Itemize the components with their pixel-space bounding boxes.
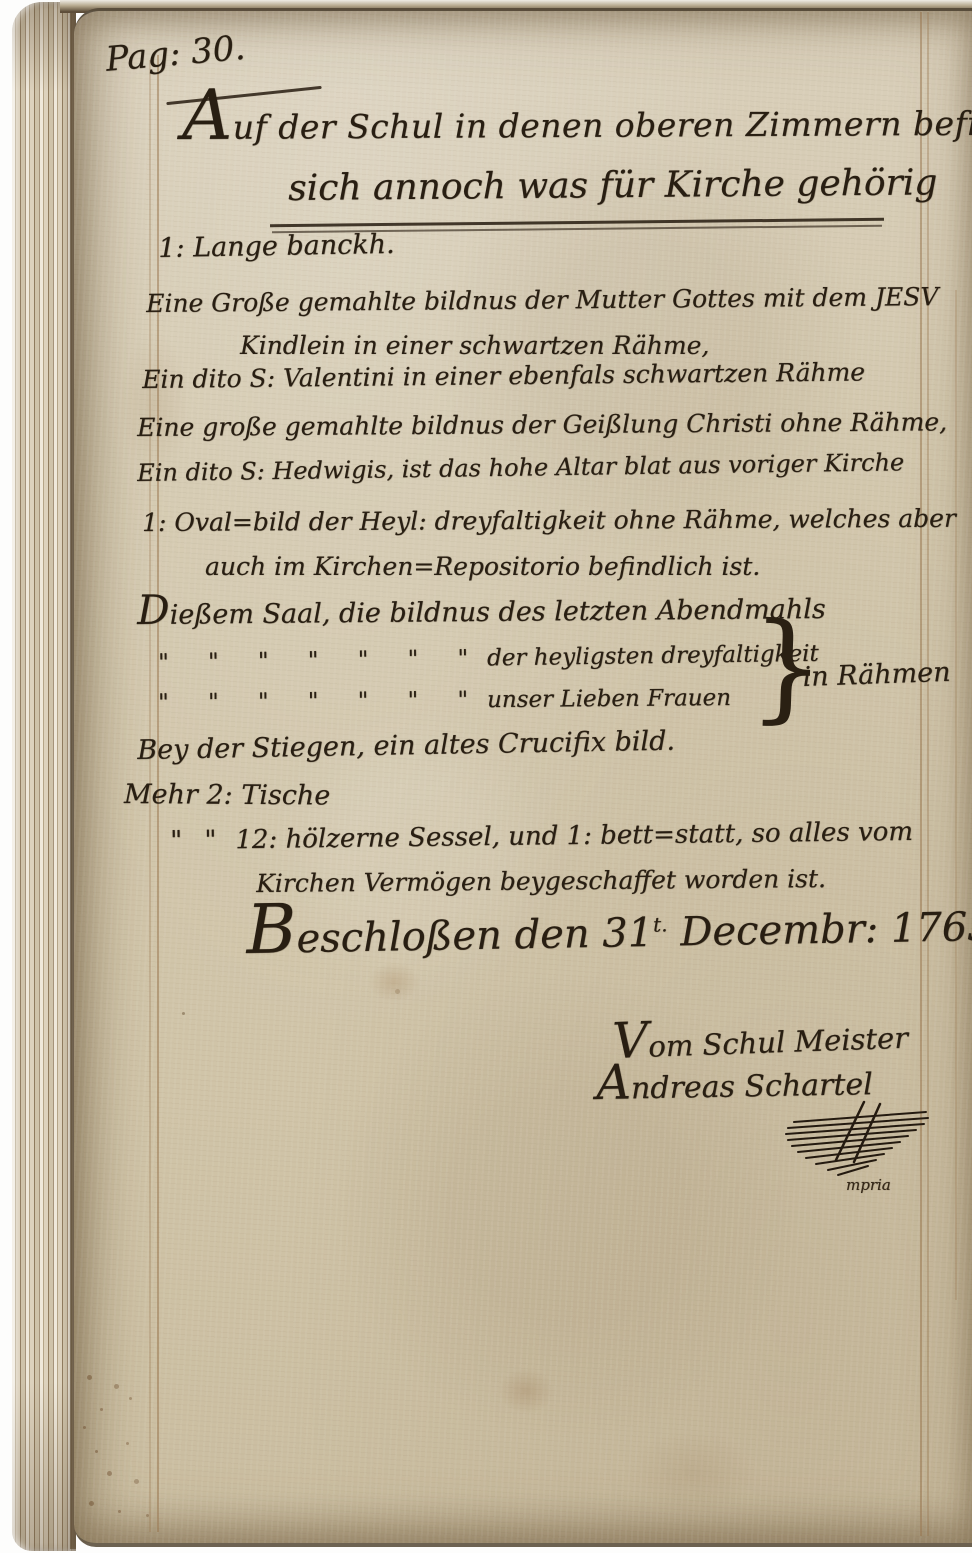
paper-stain — [368, 962, 420, 1002]
inventory-line: Mehr 2: Tische — [124, 779, 331, 811]
inventory-line: auch im Kirchen=Repositorio befindlich i… — [205, 552, 760, 581]
inventory-line: Kirchen Vermögen beygeschaffet worden is… — [256, 864, 826, 898]
ditto-marks: " " — [170, 825, 218, 856]
ditto-marks: " " " " " " " — [158, 646, 469, 676]
brace-label: in Rähmen — [802, 657, 951, 693]
ruled-margin-line-right — [920, 12, 922, 1536]
ditto-marks: " " " " " " " — [158, 687, 469, 716]
heading-line-1: Auf der Schul in denen oberen Zimmern be… — [182, 91, 972, 147]
ruled-margin-line-right — [927, 12, 929, 1536]
inventory-line-ditto: " " " " " " "unser Lieben Frauen — [158, 685, 731, 716]
paper-stain — [628, 1430, 758, 1514]
inventory-line: 1: Lange banckh. — [158, 229, 395, 264]
manu-propria-note: mpria — [846, 1176, 891, 1194]
manuscript-scan: Pag: 30. Auf der Schul in denen oberen Z… — [0, 0, 972, 1553]
book-page-edges-left — [12, 2, 76, 1551]
inventory-line: Eine große gemahlte bildnus der Geißlung… — [137, 407, 947, 442]
foxing-spots — [0, 0, 3, 3]
inventory-line: Kindlein in einer schwartzen Rähme, — [240, 331, 709, 360]
paper-stain — [498, 1368, 554, 1414]
inventory-line: Dießem Saal, die bildnus des letzten Abe… — [137, 592, 826, 631]
ruled-margin-line-right — [955, 290, 957, 1300]
inventory-line: 1: Oval=bild der Heyl: dreyfaltigkeit oh… — [142, 504, 956, 537]
heading-line-2: sich annoch was für Kirche gehörig — [288, 162, 937, 209]
